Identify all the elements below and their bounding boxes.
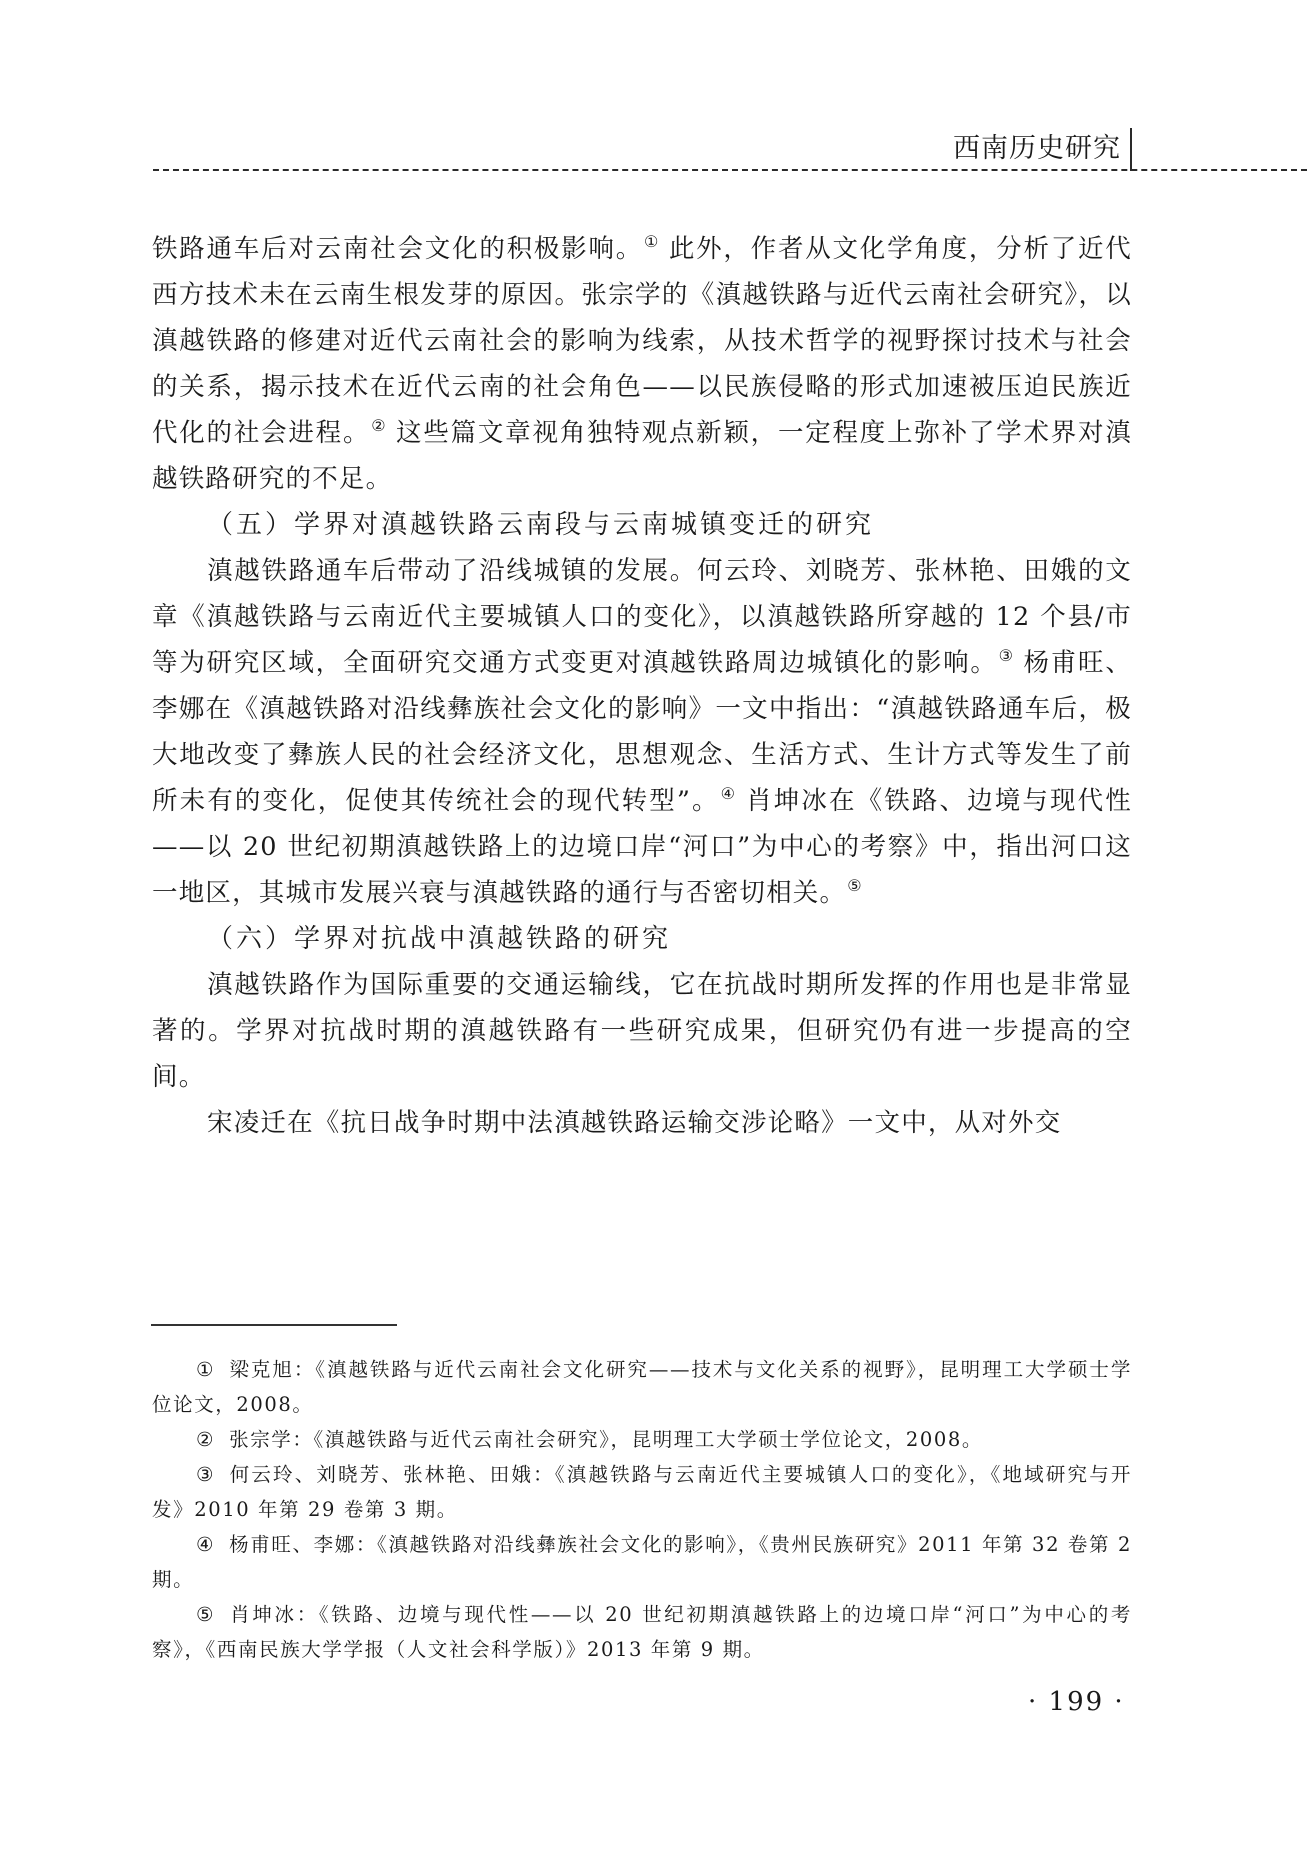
body-text: 铁路通车后对云南社会文化的积极影响。① 此外，作者从文化学角度，分析了近代西方技… [152,226,1132,1146]
text-segment: 滇越铁路通车后带动了沿线城镇的发展。何云玲、刘晓芳、张林艳、田娥的文章《滇越铁路… [152,556,1132,678]
footnote-3: ③何云玲、刘晓芳、张林艳、田娥：《滇越铁路与云南近代主要城镇人口的变化》，《地域… [152,1457,1132,1527]
footnote-ref-4[interactable]: ④ [721,784,736,803]
footnote-mark: ④ [196,1533,215,1556]
footnote-text: 杨甫旺、李娜：《滇越铁路对沿线彝族社会文化的影响》，《贵州民族研究》2011 年… [152,1533,1132,1591]
paragraph-war-role: 滇越铁路作为国际重要的交通运输线，它在抗战时期所发挥的作用也是非常显著的。学界对… [152,962,1132,1100]
footnote-mark: ① [196,1358,215,1381]
footnote-text: 张宗学：《滇越铁路与近代云南社会研究》，昆明理工大学硕士学位论文，2008。 [229,1428,983,1451]
page-number: · 199 · [1028,1686,1125,1718]
text-segment: 此外，作者从文化学角度，分析了近代西方技术未在云南生根发芽的原因。张宗学的《滇越… [152,234,1132,448]
footnote-mark: ⑤ [196,1603,216,1626]
footnote-5: ⑤肖坤冰：《铁路、边境与现代性——以 20 世纪初期滇越铁路上的边境口岸“河口”… [152,1597,1132,1667]
footnote-2: ②张宗学：《滇越铁路与近代云南社会研究》，昆明理工大学硕士学位论文，2008。 [152,1422,1132,1457]
journal-title: 西南历史研究 [953,132,1121,166]
header-vertical-rule [1130,128,1132,171]
footnotes: ①梁克旭：《滇越铁路与近代云南社会文化研究——技术与文化关系的视野》，昆明理工大… [152,1352,1132,1667]
section-heading-6: （六）学界对抗战中滇越铁路的研究 [152,916,1132,962]
footnote-ref-3[interactable]: ③ [999,646,1014,665]
footnote-ref-1[interactable]: ① [644,232,659,251]
running-header: 西南历史研究 [0,0,1307,180]
footnote-text: 梁克旭：《滇越铁路与近代云南社会文化研究——技术与文化关系的视野》，昆明理工大学… [152,1358,1132,1416]
section-heading-5: （五）学界对滇越铁路云南段与云南城镇变迁的研究 [152,502,1132,548]
text-segment: 铁路通车后对云南社会文化的积极影响。 [152,234,643,264]
footnote-ref-2[interactable]: ② [371,416,386,435]
footnote-text: 肖坤冰：《铁路、边境与现代性——以 20 世纪初期滇越铁路上的边境口岸“河口”为… [152,1603,1132,1661]
paragraph-song-lingqian: 宋凌迁在《抗日战争时期中法滇越铁路运输交涉论略》一文中，从对外交 [152,1100,1132,1146]
footnote-mark: ③ [196,1463,216,1486]
footnote-4: ④杨甫旺、李娜：《滇越铁路对沿线彝族社会文化的影响》，《贵州民族研究》2011 … [152,1527,1132,1597]
footnote-separator [151,1324,397,1326]
footnote-mark: ② [196,1428,215,1451]
header-dashed-rule [153,169,1307,171]
footnote-1: ①梁克旭：《滇越铁路与近代云南社会文化研究——技术与文化关系的视野》，昆明理工大… [152,1352,1132,1422]
paragraph-town-change: 滇越铁路通车后带动了沿线城镇的发展。何云玲、刘晓芳、张林艳、田娥的文章《滇越铁路… [152,548,1132,916]
footnote-ref-5[interactable]: ⑤ [847,876,861,895]
footnote-text: 何云玲、刘晓芳、张林艳、田娥：《滇越铁路与云南近代主要城镇人口的变化》，《地域研… [152,1463,1132,1521]
paragraph-continued: 铁路通车后对云南社会文化的积极影响。① 此外，作者从文化学角度，分析了近代西方技… [152,226,1132,502]
